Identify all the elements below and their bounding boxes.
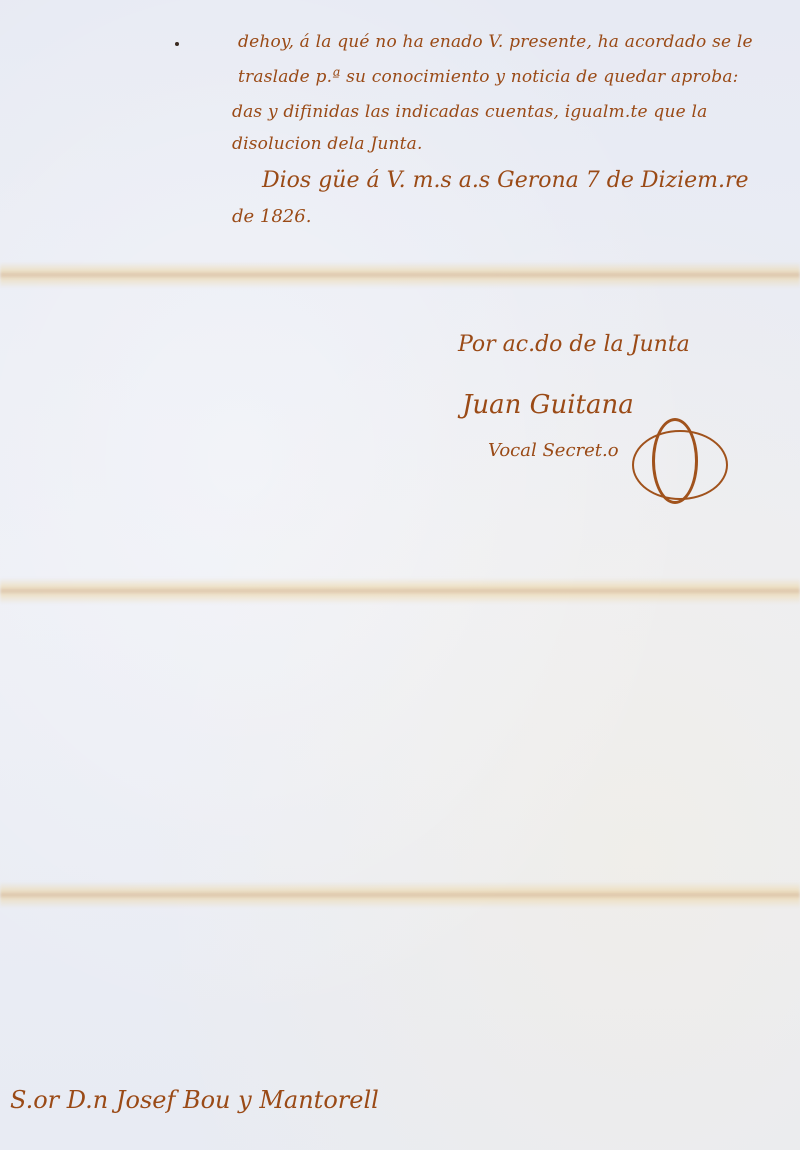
closing-line-2: de 1826. <box>232 206 311 227</box>
closing-line-1: Dios güe á V. m.s a.s Gerona 7 de Diziem… <box>262 168 749 193</box>
signature-line-1: Por ac.do de la Junta <box>458 332 690 357</box>
body-line-3: das y difinidas las indicadas cuentas, i… <box>232 102 707 122</box>
signature-title: Vocal Secret.o <box>488 440 619 461</box>
manuscript-page: dehoy, á la qué no ha enado V. presente,… <box>0 0 800 1150</box>
ink-dot <box>175 42 179 46</box>
addressee: S.or D.n Josef Bou y Mantorell <box>10 1086 379 1114</box>
fold-line-2 <box>0 578 800 604</box>
signature-name: Juan Guitana <box>462 390 634 420</box>
body-line-1: dehoy, á la qué no ha enado V. presente,… <box>238 32 753 52</box>
body-line-2: traslade p.ª su conocimiento y noticia d… <box>238 67 739 87</box>
fold-line-1 <box>0 262 800 288</box>
body-line-4: disolucion dela Junta. <box>232 134 423 154</box>
fold-line-3 <box>0 882 800 908</box>
rubric-scribble-icon <box>652 418 698 504</box>
